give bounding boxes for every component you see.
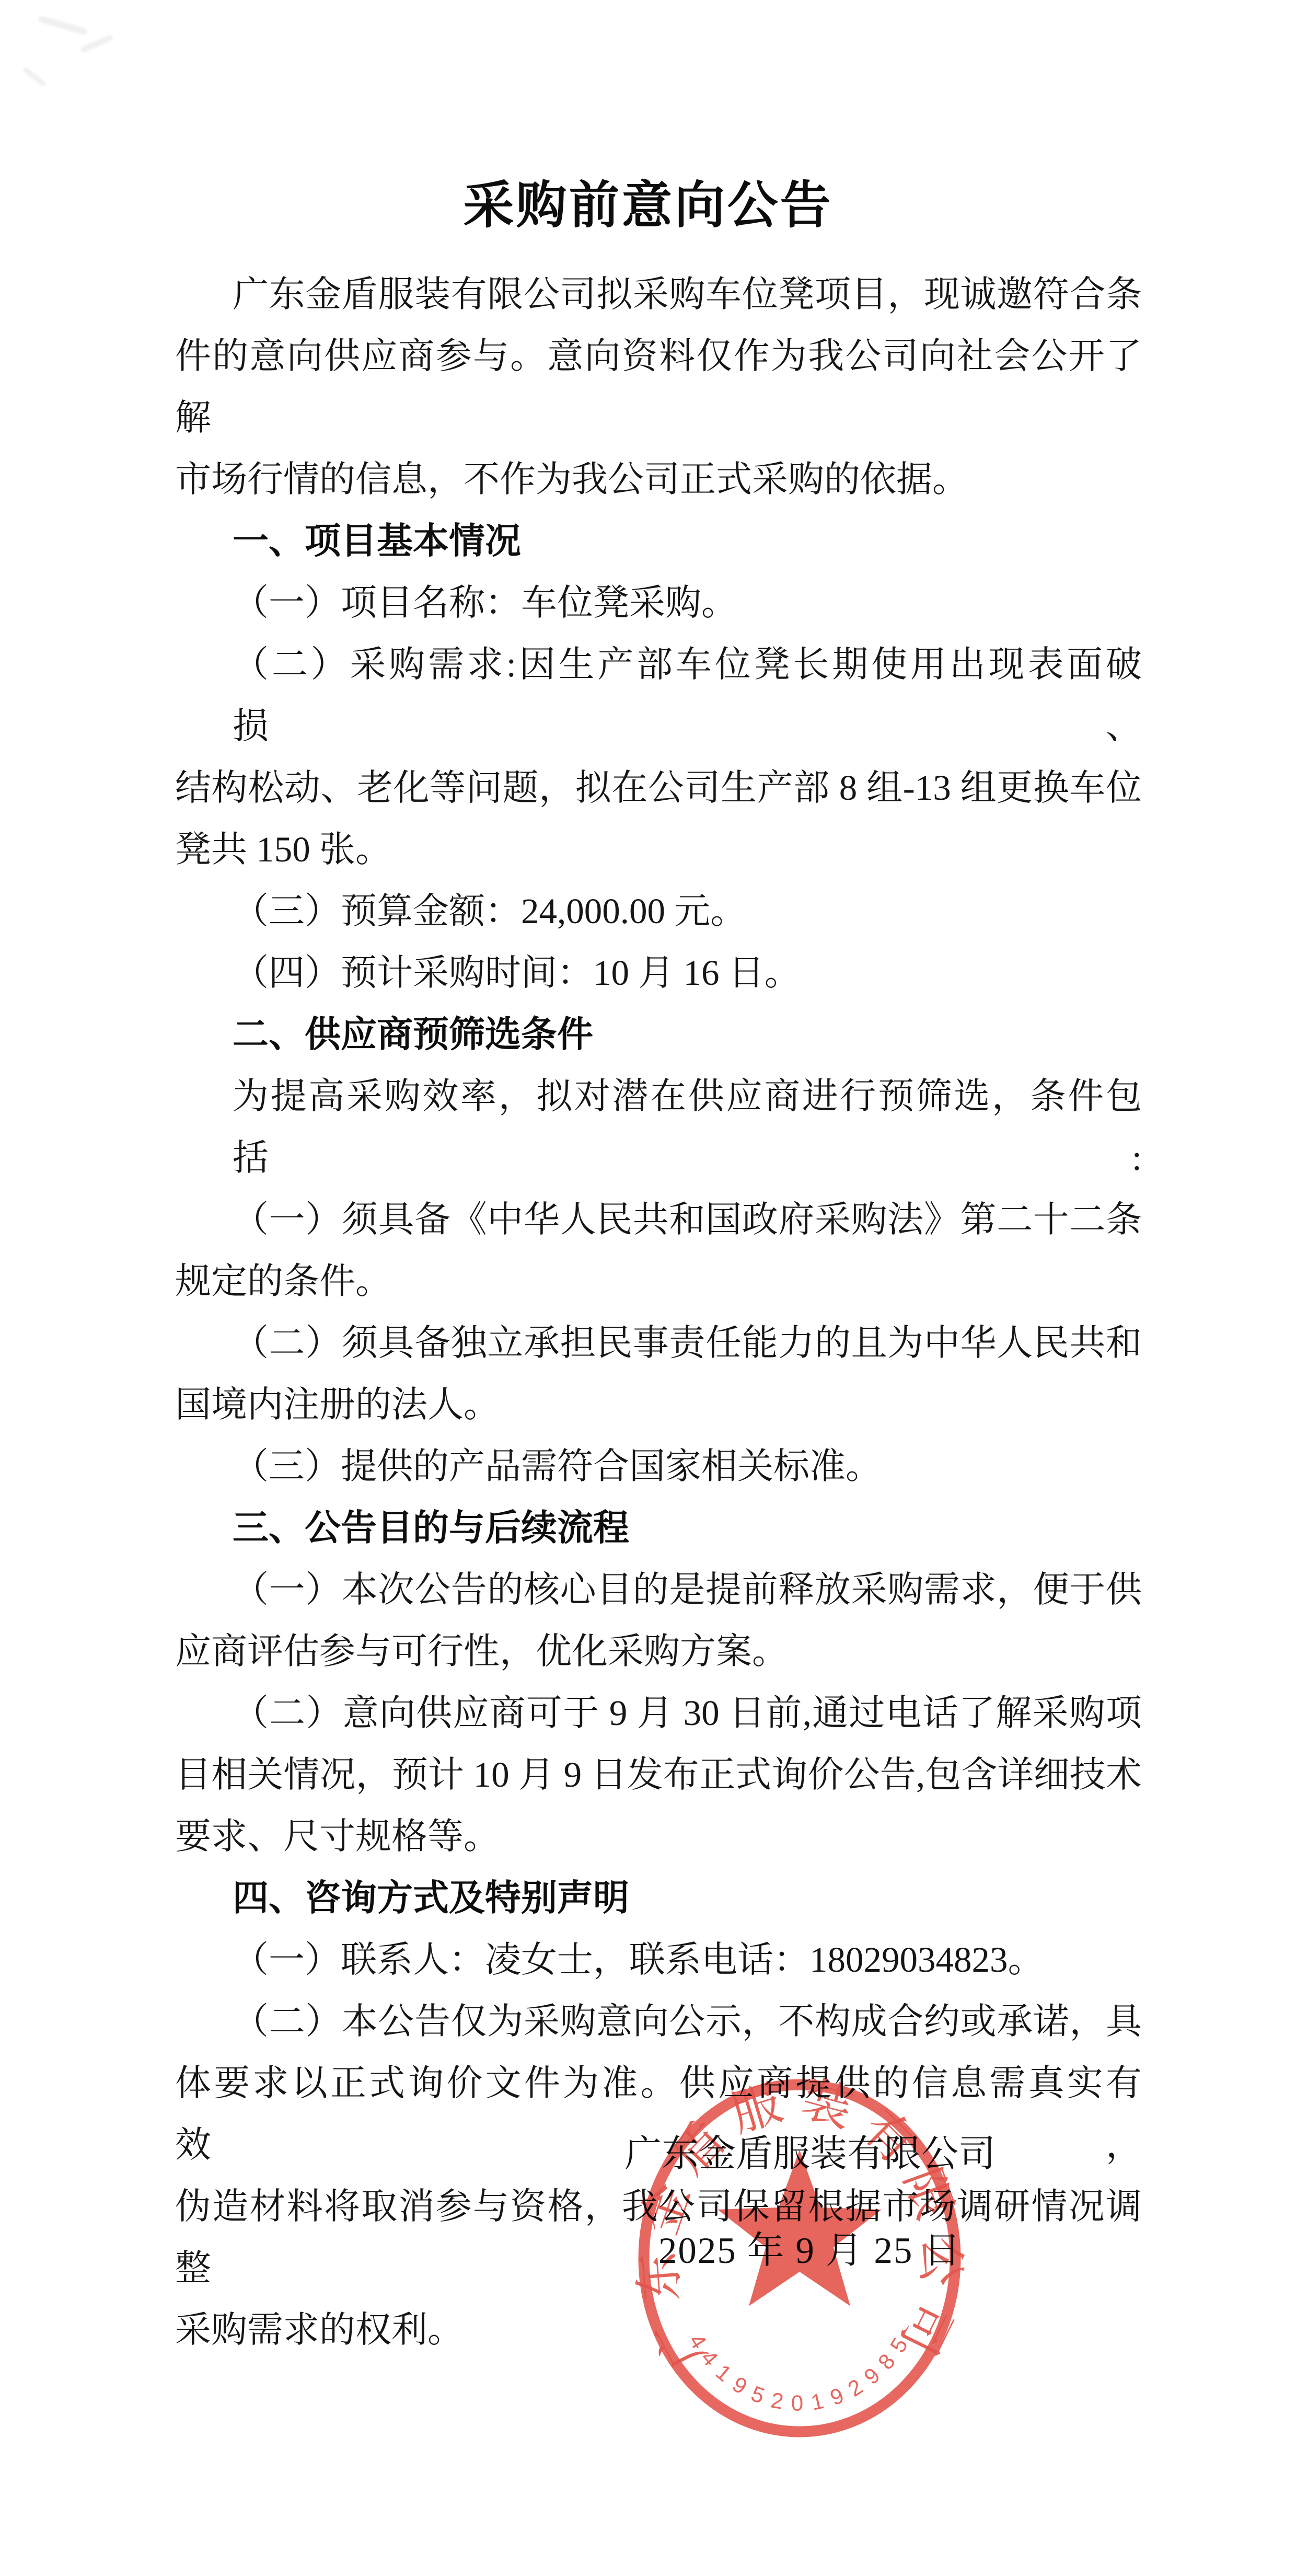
text-line: （一）项目名称：车位凳采购。 — [175, 572, 1142, 634]
text-line: 目相关情况，预计 10 月 9 日发布正式询价公告,包含详细技术 — [175, 1744, 1142, 1805]
text-line: 为提高采购效率，拟对潜在供应商进行预筛选，条件包括: — [175, 1065, 1142, 1189]
text-line: （三）预算金额：24,000.00 元。 — [175, 880, 1142, 942]
text-line: （三）提供的产品需符合国家相关标准。 — [175, 1435, 1142, 1497]
text-line: 件的意向供应商参与。意向资料仅作为我公司向社会公开了解 — [175, 325, 1142, 448]
document-page: 采购前意向公告 广东金盾服装有限公司拟采购车位凳项目，现诚邀符合条件的意向供应商… — [0, 0, 1296, 2576]
text-line: 采购需求的权利。 — [175, 2299, 1142, 2361]
text-line: 凳共 150 张。 — [175, 819, 1142, 880]
text-line: （二）采购需求:因生产部车位凳长期使用出现表面破损、 — [175, 634, 1142, 757]
signature-company: 广东金盾服装有限公司 — [591, 2123, 1029, 2185]
text-line: （一）联系人：凌女士，联系电话：18029034823。 — [175, 1929, 1142, 1991]
text-line: （一）本次公告的核心目的是提前释放采购需求，便于供 — [175, 1559, 1142, 1620]
text-line: （二）本公告仅为采购意向公示，不构成合约或承诺，具 — [175, 1991, 1142, 2052]
text-line: 要求、尺寸规格等。 — [175, 1805, 1142, 1867]
text-line: 广东金盾服装有限公司拟采购车位凳项目，现诚邀符合条 — [175, 263, 1142, 325]
text-line: （一）须具备《中华人民共和国政府采购法》第二十二条 — [175, 1189, 1142, 1250]
text-line: 规定的条件。 — [175, 1250, 1142, 1312]
scan-artifact — [80, 34, 114, 53]
section-heading: 二、供应商预筛选条件 — [175, 1004, 1142, 1065]
text-line: 结构松动、老化等问题，拟在公司生产部 8 组-13 组更换车位 — [175, 757, 1142, 819]
text-line: （二）须具备独立承担民事责任能力的且为中华人民共和 — [175, 1312, 1142, 1374]
scan-artifact — [38, 15, 88, 36]
text-line: （二）意向供应商可于 9 月 30 日前,通过电话了解采购项 — [175, 1682, 1142, 1744]
text-line: 国境内注册的法人。 — [175, 1374, 1142, 1435]
section-heading: 四、咨询方式及特别声明 — [175, 1867, 1142, 1929]
body-lines: 广东金盾服装有限公司拟采购车位凳项目，现诚邀符合条件的意向供应商参与。意向资料仅… — [175, 263, 1142, 2361]
section-heading: 三、公告目的与后续流程 — [175, 1497, 1142, 1559]
text-line: 应商评估参与可行性，优化采购方案。 — [175, 1620, 1142, 1682]
text-line: （四）预计采购时间：10 月 16 日。 — [175, 942, 1142, 1004]
text-line: 市场行情的信息，不作为我公司正式采购的依据。 — [175, 448, 1142, 510]
section-heading: 一、项目基本情况 — [175, 510, 1142, 572]
signature-date: 2025 年 9 月 25 日 — [591, 2220, 1029, 2282]
page-title: 采购前意向公告 — [0, 177, 1296, 235]
scan-artifact — [22, 66, 47, 87]
